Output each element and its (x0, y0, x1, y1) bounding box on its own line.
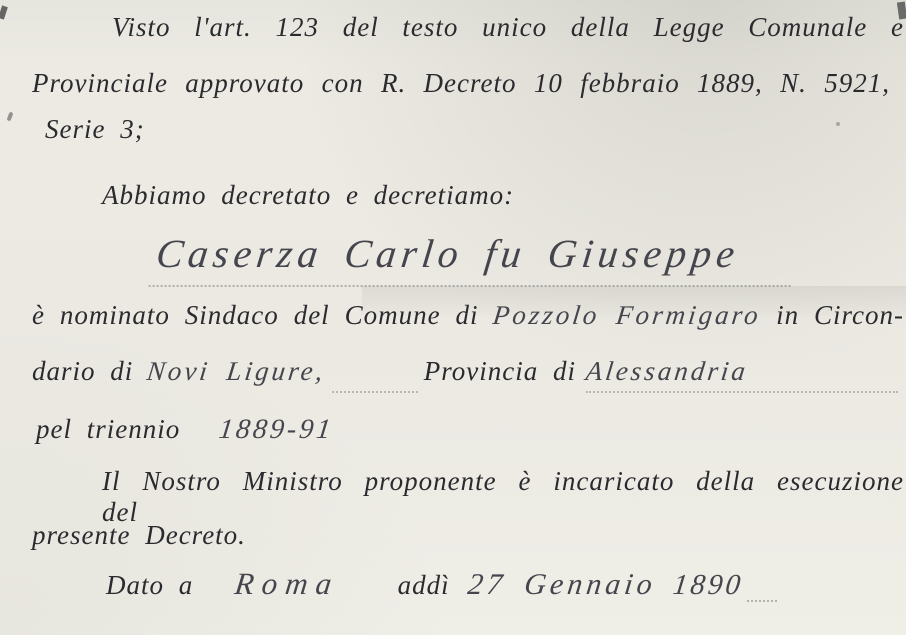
appointee-name-line: Caserza Carlo fu Giuseppe (152, 230, 794, 287)
execution-line-1: Il Nostro Ministro proponente è incarica… (102, 466, 904, 528)
province-handwritten: Alessandria (584, 356, 750, 387)
appointment-line-1-printed-pre: è nominato Sindaco del Comune di (32, 300, 479, 330)
year-handwritten: 1890 (671, 569, 745, 602)
commune-handwritten: Pozzolo Formigaro (492, 300, 764, 331)
trailing-flourish (747, 566, 777, 602)
appointee-name-handwritten: Caserza Carlo fu Giuseppe (149, 230, 798, 287)
preamble-line-2: Provinciale approvato con R. Decreto 10 … (32, 68, 890, 99)
appointment-line-2-printed-mid: Provincia di (424, 356, 576, 387)
province-blank: Alessandria (586, 356, 898, 393)
term-line: pel triennio 1889-91 (36, 414, 333, 446)
scan-artifact-speck (0, 5, 8, 19)
enacting-formula: Abbiamo decretato e decretiamo: (102, 180, 514, 211)
addi-printed: addì (398, 570, 450, 601)
appointment-line-2: dario di Novi Ligure, Provincia di Aless… (32, 356, 898, 393)
appointment-line-1: è nominato Sindaco del Comune di Pozzolo… (32, 300, 904, 331)
district-handwritten: Novi Ligure, (145, 356, 327, 387)
dato-a-printed: Dato a (106, 570, 193, 601)
term-label-printed: pel triennio (36, 414, 180, 444)
dotted-blank (332, 356, 418, 393)
place-handwritten: Roma (233, 566, 342, 602)
dateline: Dato a Roma addì 27 Gennaio 1890 (106, 566, 777, 602)
term-years-handwritten: 1889-91 (217, 414, 335, 446)
scan-artifact-speck (7, 112, 14, 122)
scan-artifact-speck (836, 122, 840, 126)
appointment-line-2-printed-pre: dario di (32, 356, 133, 387)
preamble-line-3: Serie 3; (45, 114, 145, 145)
day-month-handwritten: 27 Gennaio (466, 568, 658, 602)
preamble-line-1: Visto l'art. 123 del testo unico della L… (112, 12, 904, 43)
execution-line-2: presente Decreto. (32, 520, 246, 551)
appointment-line-1-printed-post: in Circon- (776, 300, 904, 330)
scanned-decree-page: { "page": { "paper_color": "#ebe9e2", "i… (0, 0, 906, 635)
